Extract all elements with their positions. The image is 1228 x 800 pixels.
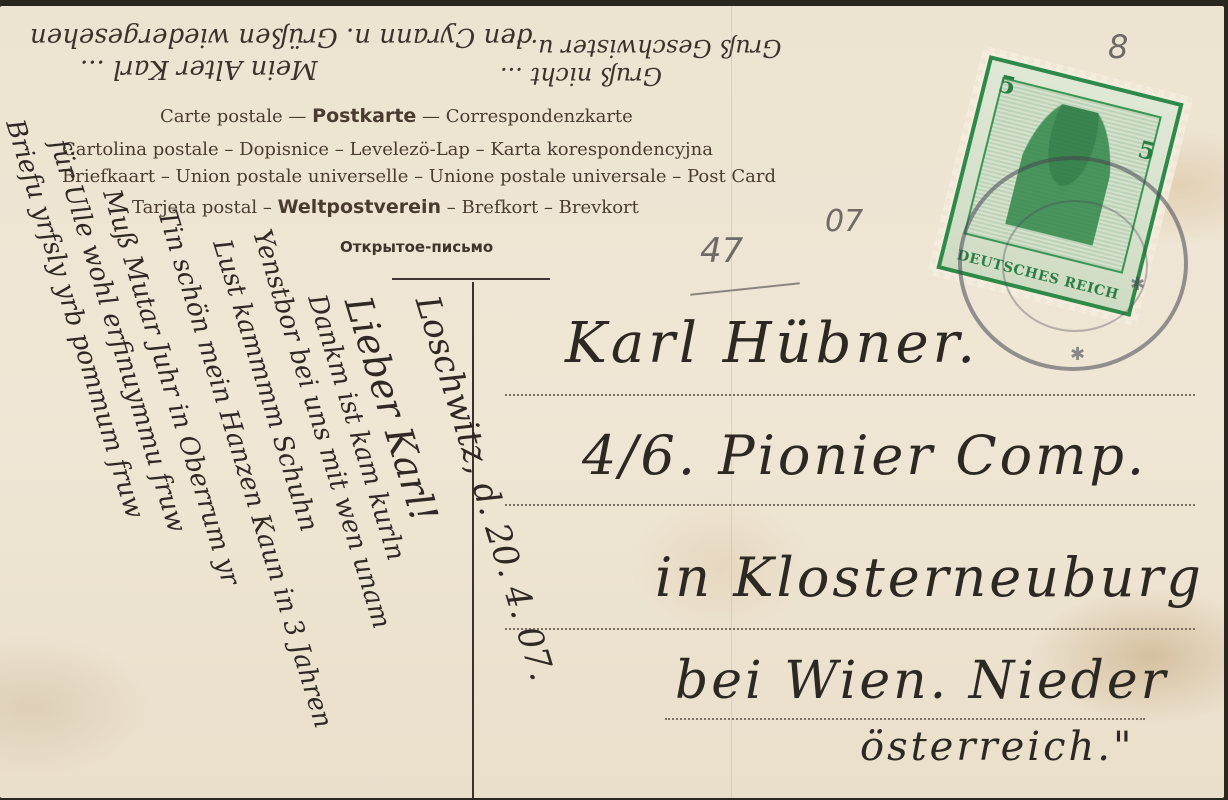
printed-header-russian: Открытое-письмо [340, 238, 493, 256]
address-line-dotted [665, 718, 1145, 720]
header-carte-postale: Carte postale [160, 106, 283, 127]
handwriting-upside-down: Gruß nicht ... [500, 62, 662, 90]
header-separator: – [441, 197, 461, 218]
pencil-note-47: 47 [700, 231, 743, 271]
address-line-dotted [505, 504, 1195, 506]
handwriting-upside-down: Gruß Geschwister u. ... [500, 34, 781, 62]
address-line-dotted [505, 394, 1195, 396]
printed-header-line-1: Carte postale — Postkarte — Corresponden… [160, 105, 633, 127]
header-brefkort: Brefkort – Brevkort [461, 197, 638, 218]
divider-rule-horizontal [392, 278, 550, 280]
postmark-circle [958, 156, 1188, 371]
postmark-inner-ring [1002, 200, 1148, 332]
header-separator: — [283, 106, 312, 127]
handwriting-upside-down: den Cyrann n. Grüßen wiedergesehen [30, 22, 532, 52]
header-weltpostverein: Weltpostverein [278, 196, 441, 218]
address-line-dotted [505, 628, 1195, 630]
divider-rule-vertical [472, 282, 474, 798]
pencil-note-07: 07 [825, 204, 863, 239]
handwriting-upside-down: Mein Alter Karl ... [80, 54, 318, 84]
address-city: in Klosterneuburg [655, 546, 1204, 609]
printed-header-line-3: Briefkaart – Union postale universelle –… [62, 166, 776, 187]
address-region: bei Wien. Nieder [675, 651, 1169, 711]
header-postkarte: Postkarte [312, 105, 416, 127]
postcard: den Cyrann n. Grüßen wiedergesehen Gruß … [0, 6, 1224, 798]
address-unit: 4/6. Pionier Comp. [582, 424, 1147, 487]
address-country: österreich." [860, 724, 1134, 770]
header-separator: — [416, 106, 445, 127]
printed-header-line-2: Cartolina postale – Dopisnice – Levelezö… [62, 139, 713, 160]
pencil-underline [690, 282, 800, 295]
postmark-star-icon: ✱ [1070, 344, 1085, 365]
postmark-star-icon: ✱ [1130, 274, 1145, 295]
header-separator: – [257, 197, 277, 218]
pencil-note-8: 8 [1108, 28, 1128, 66]
address-recipient-name: Karl Hübner. [565, 311, 979, 376]
header-correspondenzkarte: Correspondenzkarte [446, 106, 633, 127]
printed-header-line-4: Tarjeta postal – Weltpostverein – Brefko… [132, 196, 639, 218]
